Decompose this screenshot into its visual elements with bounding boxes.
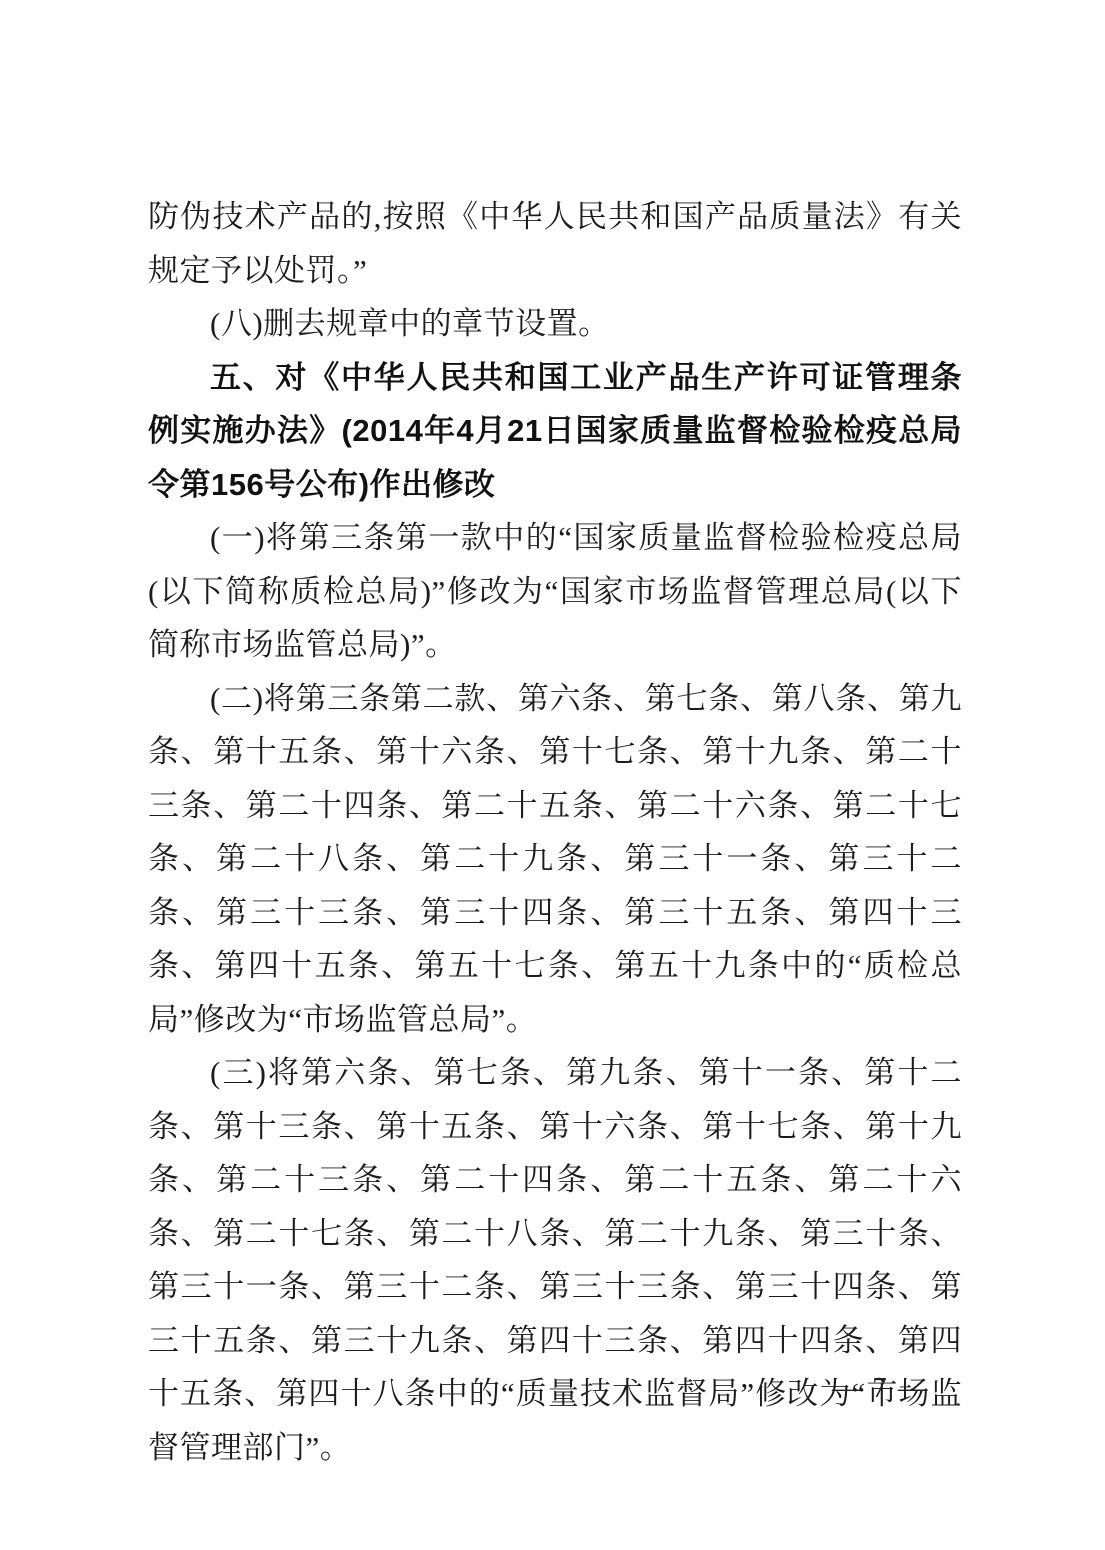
document-page: 防伪技术产品的,按照《中华人民共和国产品质量法》有关规定予以处罚。” (八)删去… <box>0 0 1105 1550</box>
page-number: — 7 — <box>832 1368 929 1408</box>
paragraph-item-3: (三)将第六条、第七条、第九条、第十一条、第十二条、第十三条、第十五条、第十六条… <box>148 1046 962 1474</box>
document-body: 防伪技术产品的,按照《中华人民共和国产品质量法》有关规定予以处罚。” (八)删去… <box>148 190 962 1474</box>
paragraph-item-2: (二)将第三条第二款、第六条、第七条、第八条、第九条、第十五条、第十六条、第十七… <box>148 672 962 1047</box>
section-heading-5: 五、对《中华人民共和国工业产品生产许可证管理条例实施办法》(2014年4月21日… <box>148 351 962 512</box>
paragraph-item-1: (一)将第三条第一款中的“国家质量监督检验检疫总局(以下简称质检总局)”修改为“… <box>148 511 962 672</box>
paragraph-item-8: (八)删去规章中的章节设置。 <box>148 297 962 351</box>
paragraph-continuation: 防伪技术产品的,按照《中华人民共和国产品质量法》有关规定予以处罚。” <box>148 190 962 297</box>
